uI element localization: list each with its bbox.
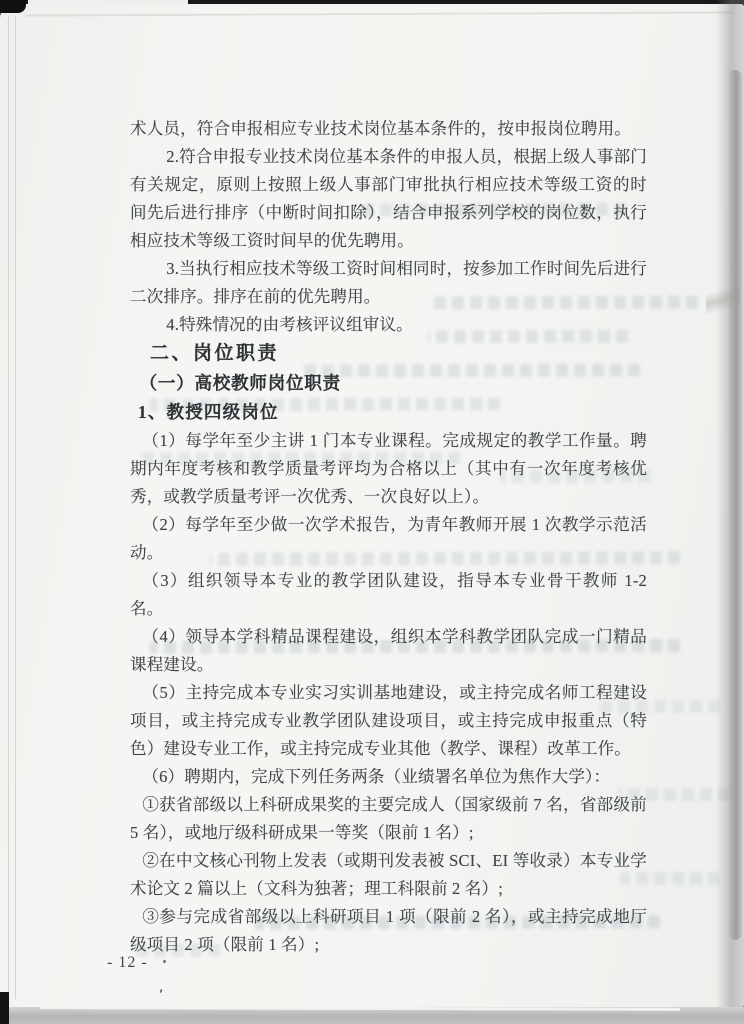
page-edge-streak [15, 16, 16, 999]
paper-edge-line [26, 11, 734, 16]
scanned-document-page: 术人员，符合申报相应专业技术岗位基本条件的，按申报岗位聘用。2.符合申报专业技术… [0, 0, 744, 1024]
section-heading: 1、教授四级岗位 [130, 398, 647, 427]
paper-crease [706, 235, 740, 365]
paragraph: ①获省部级以上科研成果奖的主要完成人（国家级前 7 名，省部级前 5 名），或地… [130, 791, 647, 847]
paragraph: （6）聘期内，完成下列任务两条（业绩署名单位为焦作大学）： [130, 763, 647, 791]
page-number: - 12 - [107, 954, 148, 972]
paragraph: （3）组织领导本专业的教学团队建设，指导本专业骨干教师 1-2 名。 [130, 567, 647, 623]
paragraph: （5）主持完成本专业实习实训基地建设，或主持完成名师工程建设项目，或主持完成专业… [130, 679, 647, 763]
scan-speck [163, 960, 166, 963]
page-shadow-right-core [728, 70, 742, 940]
section-heading: 二、岗位职责 [130, 339, 647, 369]
paragraph: 术人员，符合申报相应专业技术岗位基本条件的，按申报岗位聘用。 [130, 115, 647, 143]
paragraph: 3.当执行相应技术等级工资时间相同时，按参加工作时间先后进行二次排序。排序在前的… [130, 255, 647, 311]
scanner-edge-gap [28, 0, 188, 5]
paragraph: ②在中文核心刊物上发表（或期刊发表被 SCI、EI 等收录）本专业学术论文 2 … [130, 847, 647, 903]
scanner-corner-top-left [0, 0, 26, 13]
paragraph: （2）每学年至少做一次学术报告，为青年教师开展 1 次教学示范活动。 [130, 511, 647, 567]
paragraph: （4）领导本学科精品课程建设，组织本学科教学团队完成一门精品课程建设。 [130, 623, 647, 679]
scanner-corner-bottom-left [0, 992, 9, 1024]
page-edge-streak [8, 16, 9, 999]
section-heading: （一）高校教师岗位职责 [130, 369, 647, 398]
paragraph: （1）每学年至少主讲 1 门本专业课程。完成规定的教学工作量。聘期内年度考核和教… [130, 427, 647, 511]
paragraph: 4.特殊情况的由考核评议组审议。 [130, 311, 647, 339]
paragraph: ③参与完成省部级以上科研项目 1 项（限前 2 名），或主持完成地厅级项目 2 … [130, 903, 647, 959]
document-body: 术人员，符合申报相应专业技术岗位基本条件的，按申报岗位聘用。2.符合申报专业技术… [130, 115, 647, 959]
paragraph: 2.符合申报专业技术岗位基本条件的申报人员，根据上级人事部门有关规定，原则上按照… [130, 143, 647, 255]
